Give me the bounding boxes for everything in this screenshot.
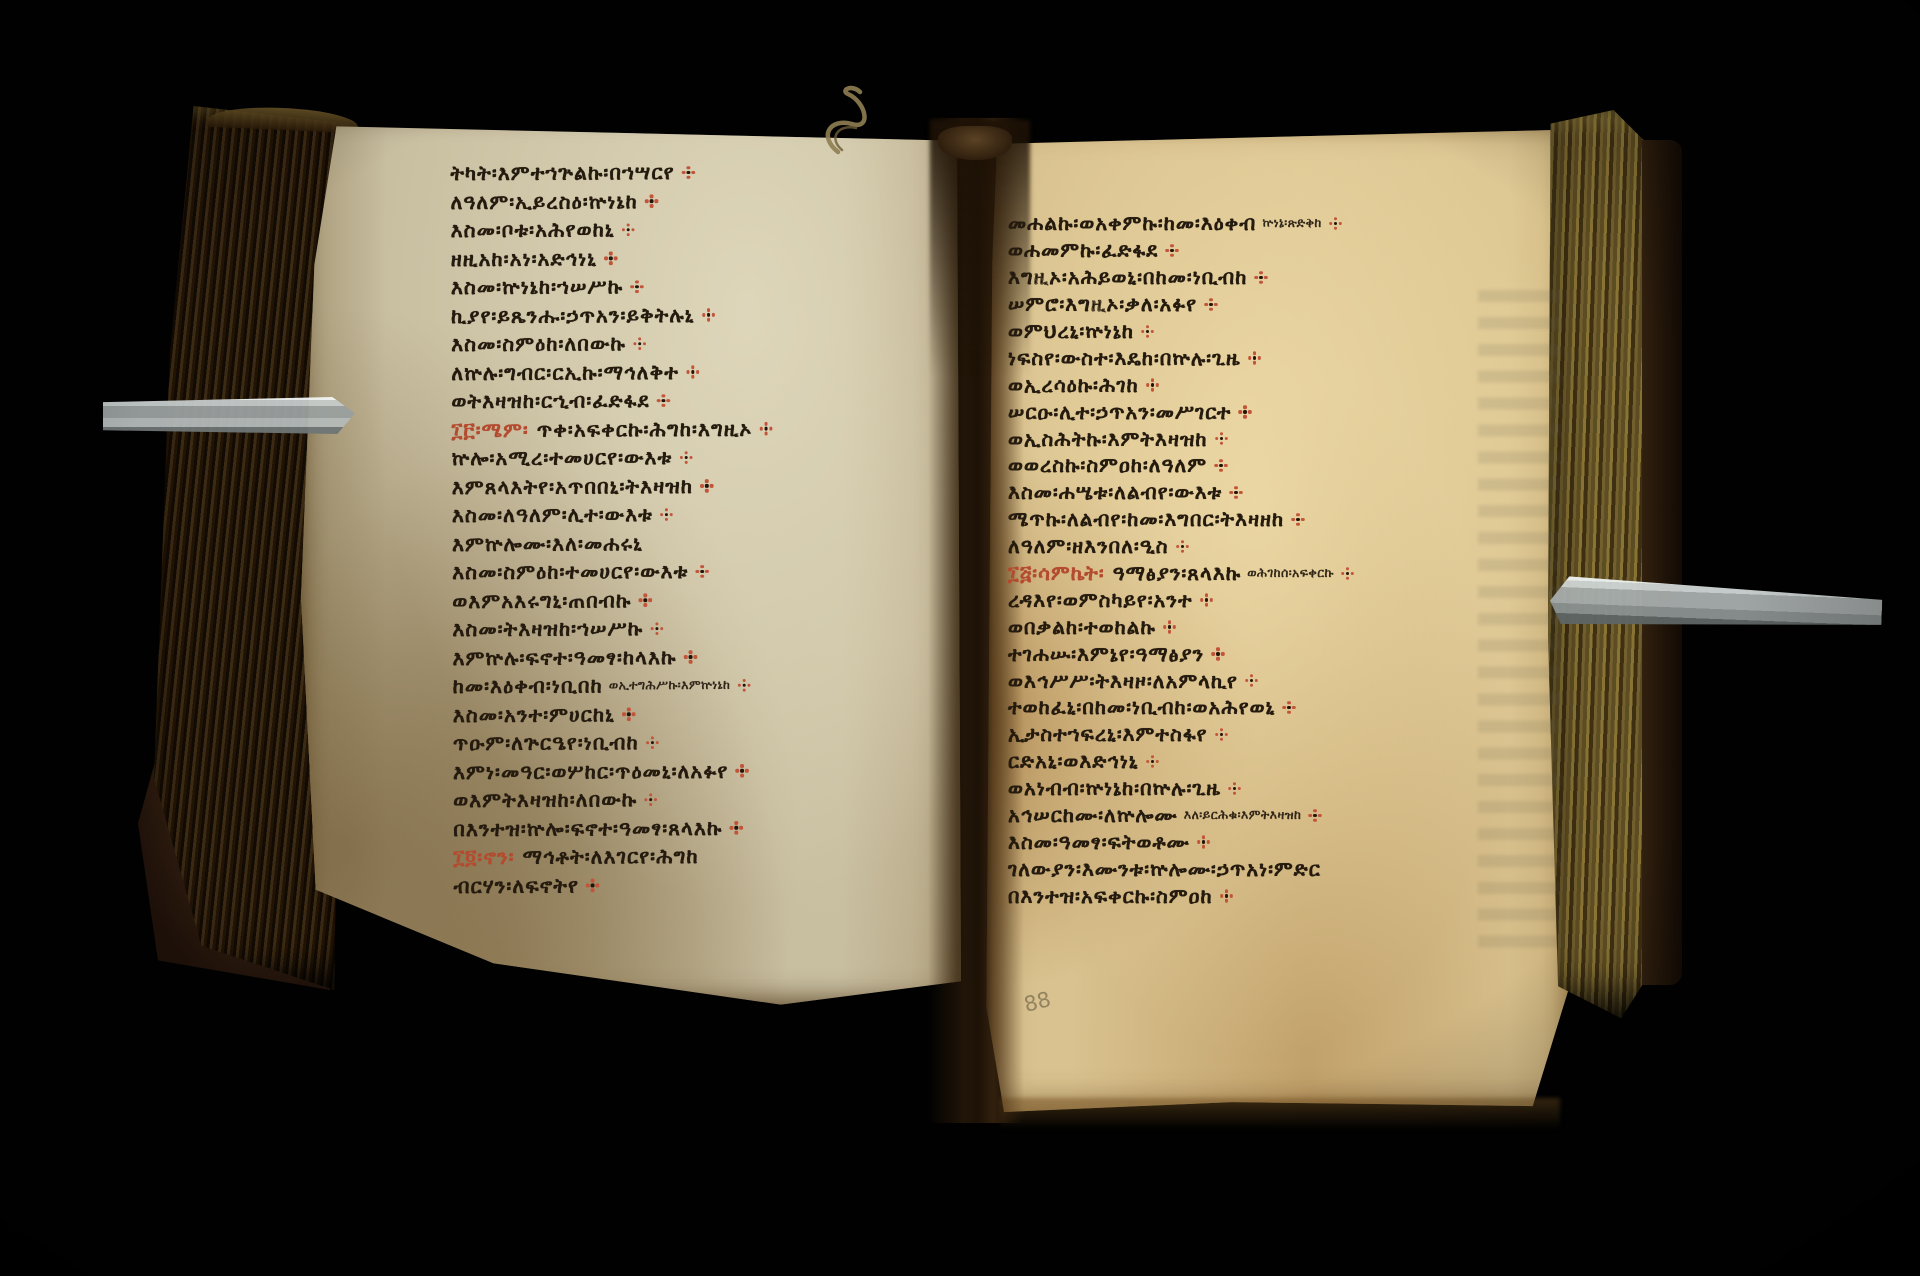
red-cross-divider-icon [1229,486,1242,499]
red-cross-divider-icon [622,223,635,236]
verse-text: ጥዑም፡ለጕርዔየ፡ነቢብከ [453,730,639,755]
manuscript-text-line: ፲፭፡ሳምኬት፡ ዓማፅያን፡ጸላእኩ ወሕገከሰ፡አፍቀርኩ [1008,560,1548,587]
red-cross-divider-icon [646,736,659,749]
red-cross-divider-icon [1211,647,1224,660]
manuscript-text-line: ወኢረሳዕኩ፡ሕገከ [1008,371,1548,398]
verse-text: ኪያየ፡ይጼንሑ፡ኃጥአን፡ይቅትሉኒ [451,303,695,328]
manuscript-text-line: ፲፫፡ሜም፡ ጥቀ፡አፍቀርኩ፡ሕግከ፡እግዚኦ [452,413,932,444]
manuscript-text-line: ወወረስኩ፡ስምዐከ፡ለዓለም [1008,452,1548,479]
manuscript-text-line: ሠምሮ፡እግዚኦ፡ቃለ፡አፉየ [1008,291,1548,318]
manuscript-text-line: እስመ፡ቦቱ፡አሕየወከኒ [451,214,931,245]
manuscript-text-line: ሠርዑ፡ሊተ፡ኃጥአን፡መሥገርተ [1008,398,1548,425]
red-cross-divider-icon [759,422,772,435]
verse-text: እስመ፡ዓመፃ፡ፍትወቶሙ [1008,830,1190,854]
verse-text: ለዓለም፡ኢይረስዕ፡ኵነኔከ [451,189,638,214]
manuscript-text-line: ነፍስየ፡ውስተ፡እዴከ፡በኵሉ፡ጊዜ [1008,344,1548,371]
manuscript-text-line: እስመ፡ኵነኔከ፡ኀሠሥኩ [451,271,931,302]
manuscript-text-line: ኢታስተኀፍረኒ፡እምተስፋየ [1008,721,1548,748]
red-cross-divider-icon [586,879,599,892]
red-cross-divider-icon [1197,835,1210,848]
manuscript-photo-scene: ትካት፡እምተኀጕልኩ፡በኀሣርየ ለዓለም፡ኢይረስዕ፡ኵነኔከ እስመ፡ቦቱ… [0,0,1920,1276]
verse-text: ተገሐሡ፡እምኔየ፡ዓማፅያን [1008,642,1204,666]
manuscript-text-line: እምነ፡መዓር፡ወሦከር፡ጥዕመኒ፡ለአፉየ [453,755,933,786]
verse-text: ኵሎ፡አሚረ፡ተመሀርየ፡ውእቱ [452,445,673,470]
small-script-tail: ወኢተግሕሥኩ፡እምኵነኔከ [609,677,730,694]
red-cross-divider-icon [630,280,643,293]
manuscript-text-line: ኵሎ፡አሚረ፡ተመሀርየ፡ውእቱ [452,442,932,473]
red-cross-divider-icon [1176,540,1189,553]
verse-text: መሐልኩ፡ወአቀምኩ፡ከመ፡እዕቀብ [1008,211,1256,235]
verse-text: እስመ፡ለዓለም፡ሊተ፡ውእቱ [452,502,653,527]
red-cross-divider-icon [679,451,692,464]
verse-text: ወኢስሕትኩ፡እምትእዛዝከ [1008,427,1208,451]
verse-text: እስመ፡ኵነኔከ፡ኀሠሥኩ [451,275,623,300]
bookmark-thread [800,78,920,156]
manuscript-text-line: እምጸላእትየ፡አጥበበኒ፡ትእዛዝከ [452,470,932,501]
red-cross-divider-icon [644,793,657,806]
manuscript-text-line: እስመ፡ሐሤቱ፡ለልብየ፡ውእቱ [1008,479,1548,506]
manuscript-text-line: ወትእዛዝከ፡ርኂብ፡ፈድፋደ [451,385,931,416]
red-cross-divider-icon [1163,620,1176,633]
red-cross-divider-icon [1282,701,1295,714]
manuscript-text-line: ወምህረኒ፡ኵነኔከ [1008,318,1548,345]
verse-text: ወአነብብ፡ኵነኔከ፡በኵሉ፡ጊዜ [1008,776,1221,800]
verse-text: ገለውያን፡እሙንቱ፡ኵሎሙ፡ኃጥአነ፡ምድር [1008,857,1321,881]
red-cross-divider-icon [1329,217,1342,230]
red-cross-divider-icon [650,622,663,635]
verse-text: ነፍስየ፡ውስተ፡እዴከ፡በኵሉ፡ጊዜ [1008,346,1241,370]
manuscript-text-line: ሜጥኩ፡ለልብየ፡ከመ፡እግበር፡ትእዛዘከ [1008,506,1548,533]
red-cross-divider-icon [1215,432,1228,445]
verse-text: እስመ፡ስምዕከ፡ለበውኩ [451,332,626,357]
verse-text: እስመ፡ትእዛዝከ፡ኀሠሥኩ [452,616,643,641]
right-page-under-edge [1000,1098,1560,1138]
small-script-tail: እለ፡ይርሕቁ፡እምትእዛዝከ [1184,807,1302,823]
verse-text: ወእምአእሩግኒ፡ጠበብኩ [452,588,631,613]
verse-text: ወሐመምኩ፡ፈድፋደ [1008,238,1158,262]
red-cross-divider-icon [1248,351,1261,364]
manuscript-text-line: ወሐመምኩ፡ፈድፋደ [1008,237,1548,264]
red-cross-divider-icon [645,194,658,207]
right-book-cover [1642,140,1682,985]
red-cross-divider-icon [735,764,748,777]
small-script-tail: ወሕገከሰ፡አፍቀርኩ [1247,565,1334,581]
manuscript-text-line: እስመ፡ዓመፃ፡ፍትወቶሙ [1008,828,1548,855]
verse-text: ርድአኒ፡ወእድኅነኒ [1008,749,1139,773]
verse-text: በእንተዝ፡አፍቀርኩ፡ስምዐከ [1008,884,1213,908]
red-cross-divider-icon [686,365,699,378]
verse-text: ኢታስተኀፍረኒ፡እምተስፋየ [1008,722,1208,746]
verse-text: ወእምትእዛዝከ፡ለበውኩ [453,787,637,812]
red-cross-divider-icon [1146,378,1159,391]
verse-text: እምነ፡መዓር፡ወሦከር፡ጥዕመኒ፡ለአፉየ [453,759,728,784]
verse-text: እስመ፡አንተ፡ምሀርከኒ [453,702,615,727]
verse-text: ወትእዛዝከ፡ርኂብ፡ፈድፋደ [451,388,649,413]
verse-text: ወኢረሳዕኩ፡ሕገከ [1008,373,1139,397]
red-cross-divider-icon [1228,782,1241,795]
manuscript-text-line: እስመ፡ስምዕከ፡ለበውኩ [451,328,931,359]
rubric-section-heading: ፲፬፡ኖን፡ [453,845,514,869]
verse-text: ሜጥኩ፡ለልብየ፡ከመ፡እግበር፡ትእዛዘከ [1008,507,1284,531]
manuscript-text-line: ትካት፡እምተኀጕልኩ፡በኀሣርየ [450,157,930,188]
manuscript-text-line: በእንተዝ፡አፍቀርኩ፡ስምዐከ [1008,882,1548,909]
red-cross-divider-icon [660,508,673,521]
red-cross-divider-icon [1254,271,1267,284]
manuscript-text-line: በእንተዝ፡ኵሎ፡ፍኖተ፡ዓመፃ፡ጸላእኩ [453,812,933,843]
manuscript-text-line: ለዓለም፡ዘእንበለ፡ዒስ [1008,533,1548,560]
verse-text: አኅሠርከሙ፡ለኵሎሙ [1008,803,1178,827]
red-cross-divider-icon [684,650,697,663]
manuscript-text-line: ርድአኒ፡ወእድኅነኒ [1008,748,1548,775]
manuscript-text-line: ረዳእየ፡ወምስካይየ፡አንተ [1008,586,1548,613]
manuscript-text-line: እስመ፡ስምዕከ፡ተመሀርየ፡ውእቱ [452,556,932,587]
red-cross-divider-icon [1308,809,1321,822]
verse-text: ትካት፡እምተኀጕልኩ፡በኀሣርየ [450,160,674,185]
left-page-text-column: ትካት፡እምተኀጕልኩ፡በኀሣርየ ለዓለም፡ኢይረስዕ፡ኵነኔከ እስመ፡ቦቱ… [450,157,933,900]
manuscript-text-line: እግዚኦ፡አሕይወኒ፡በከመ፡ነቢብከ [1008,264,1548,291]
manuscript-text-line: ጥዑም፡ለጕርዔየ፡ነቢብከ [453,727,933,758]
red-cross-divider-icon [1200,593,1213,606]
verse-text: ማኅቶት፡ለእገርየ፡ሕግከ [523,844,699,869]
manuscript-text-line: እስመ፡ለዓለም፡ሊተ፡ውእቱ [452,499,932,530]
verse-text: ወወረስኩ፡ስምዐከ፡ለዓለም [1008,453,1207,477]
verse-text: ጥቀ፡አፍቀርኩ፡ሕግከ፡እግዚኦ [537,416,753,441]
red-cross-divider-icon [1146,755,1159,768]
red-cross-divider-icon [1220,889,1233,902]
manuscript-text-line: እስመ፡አንተ፡ምሀርከኒ [453,698,933,729]
red-cross-divider-icon [633,337,646,350]
manuscript-text-line: ለዓለም፡ኢይረስዕ፡ኵነኔከ [451,185,931,216]
red-cross-divider-icon [702,308,715,321]
verse-text: በእንተዝ፡ኵሎ፡ፍኖተ፡ዓመፃ፡ጸላእኩ [453,816,722,841]
manuscript-text-line: ፲፬፡ኖን፡ ማኅቶት፡ለእገርየ፡ሕግከ [453,841,933,872]
manuscript-text-line: ተገሐሡ፡እምኔየ፡ዓማፅያን [1008,640,1548,667]
red-cross-divider-icon [1165,244,1178,257]
glass-page-weight-left [103,397,355,434]
red-cross-divider-icon [700,479,713,492]
manuscript-text-line: ወአነብብ፡ኵነኔከ፡በኵሉ፡ጊዜ [1008,775,1548,802]
red-cross-divider-icon [1214,459,1227,472]
verse-text: እምኵሎሙ፡እለ፡መሐሩኒ [452,531,643,556]
red-cross-divider-icon [638,593,651,606]
verse-text: እስመ፡ሐሤቱ፡ለልብየ፡ውእቱ [1008,480,1222,504]
manuscript-text-line: ወእምትእዛዝከ፡ለበውኩ [453,784,933,815]
verse-text: ሠርዑ፡ሊተ፡ኃጥአን፡መሥገርተ [1008,400,1231,424]
red-cross-divider-icon [622,708,635,721]
verse-text: ረዳእየ፡ወምስካይየ፡አንተ [1008,588,1193,612]
red-cross-divider-icon [1141,325,1154,338]
red-cross-divider-icon [730,821,743,834]
verse-text: እምኵሉ፡ፍኖተ፡ዓመፃ፡ከላእኩ [453,645,677,670]
verse-text: እስመ፡ስምዕከ፡ተመሀርየ፡ውእቱ [452,559,688,584]
manuscript-text-line: ገለውያን፡እሙንቱ፡ኵሎሙ፡ኃጥአነ፡ምድር [1008,855,1548,882]
verse-text: ተወከፈኒ፡በከመ፡ነቢብከ፡ወአሕየወኒ [1008,695,1275,719]
red-cross-divider-icon [1291,513,1304,526]
small-script-tail: ኵነኔ፡ጽድቅከ [1262,215,1321,231]
verse-text: ወምህረኒ፡ኵነኔከ [1008,319,1134,343]
red-cross-divider-icon [657,394,670,407]
red-cross-divider-icon [604,252,617,265]
rubric-section-heading: ፲፭፡ሳምኬት፡ [1008,561,1105,585]
spine-leather-knot [938,126,1012,160]
manuscript-text-line: ተወከፈኒ፡በከመ፡ነቢብከ፡ወአሕየወኒ [1008,694,1548,721]
manuscript-text-line: ብርሃን፡ለፍኖትየ [453,869,933,900]
manuscript-text-line: ወእምአእሩግኒ፡ጠበብኩ [452,584,932,615]
manuscript-text-line: መሐልኩ፡ወአቀምኩ፡ከመ፡እዕቀብ ኵነኔ፡ጽድቅከ [1008,210,1548,237]
verse-text: ሠምሮ፡እግዚኦ፡ቃለ፡አፉየ [1008,292,1197,316]
verse-text: ወእኅሥሥ፡ትእዛዞ፡ለአምላኪየ [1008,669,1238,693]
verse-text: ለኵሉ፡ግብር፡ርኢኩ፡ማኅለቅተ [451,360,679,385]
red-cross-divider-icon [1238,405,1251,418]
manuscript-text-line: ከመ፡እዕቀብ፡ነቢበከ ወኢተግሕሥኩ፡እምኵነኔከ [453,670,933,701]
manuscript-text-line: አኅሠርከሙ፡ለኵሎሙ እለ፡ይርሕቁ፡እምትእዛዝከ [1008,802,1548,829]
verse-text: ዘዚአከ፡አነ፡አድኅነኒ [451,246,597,271]
verse-text: እስመ፡ቦቱ፡አሕየወከኒ [451,218,615,243]
verse-text: እምጸላእትየ፡አጥበበኒ፡ትእዛዝከ [452,474,693,499]
manuscript-text-line: ወእኅሥሥ፡ትእዛዞ፡ለአምላኪየ [1008,667,1548,694]
verse-text: ብርሃን፡ለፍኖትየ [454,873,580,898]
verse-text: ከመ፡እዕቀብ፡ነቢበከ [453,674,603,699]
red-cross-divider-icon [695,565,708,578]
red-cross-divider-icon [682,166,695,179]
red-cross-divider-icon [1204,298,1217,311]
manuscript-text-line: እስመ፡ትእዛዝከ፡ኀሠሥኩ [452,613,932,644]
manuscript-text-line: ኪያየ፡ይጼንሑ፡ኃጥአን፡ይቅትሉኒ [451,299,931,330]
red-cross-divider-icon [1215,728,1228,741]
verse-text: ወበቃልከ፡ተወከልኩ [1008,615,1156,639]
verse-text: ዓማፅያን፡ጸላእኩ [1113,561,1241,585]
manuscript-text-line: ወበቃልከ፡ተወከልኩ [1008,613,1548,640]
red-cross-divider-icon [737,678,750,691]
manuscript-text-line: እምኵሉ፡ፍኖተ፡ዓመፃ፡ከላእኩ [452,641,932,672]
verse-text: ለዓለም፡ዘእንበለ፡ዒስ [1008,534,1169,558]
right-page-text-column: መሐልኩ፡ወአቀምኩ፡ከመ፡እዕቀብ ኵነኔ፡ጽድቅከ ወሐመምኩ፡ፈድፋደ እ… [1008,210,1548,909]
red-cross-divider-icon [1341,567,1354,580]
manuscript-text-line: ለኵሉ፡ግብር፡ርኢኩ፡ማኅለቅተ [451,356,931,387]
rubric-section-heading: ፲፫፡ሜም፡ [452,417,529,441]
manuscript-text-line: ዘዚአከ፡አነ፡አድኅነኒ [451,242,931,273]
manuscript-text-line: እምኵሎሙ፡እለ፡መሐሩኒ [452,527,932,558]
red-cross-divider-icon [1245,674,1258,687]
verse-text: እግዚኦ፡አሕይወኒ፡በከመ፡ነቢብከ [1008,265,1247,289]
manuscript-text-line: ወኢስሕትኩ፡እምትእዛዝከ [1008,425,1548,452]
